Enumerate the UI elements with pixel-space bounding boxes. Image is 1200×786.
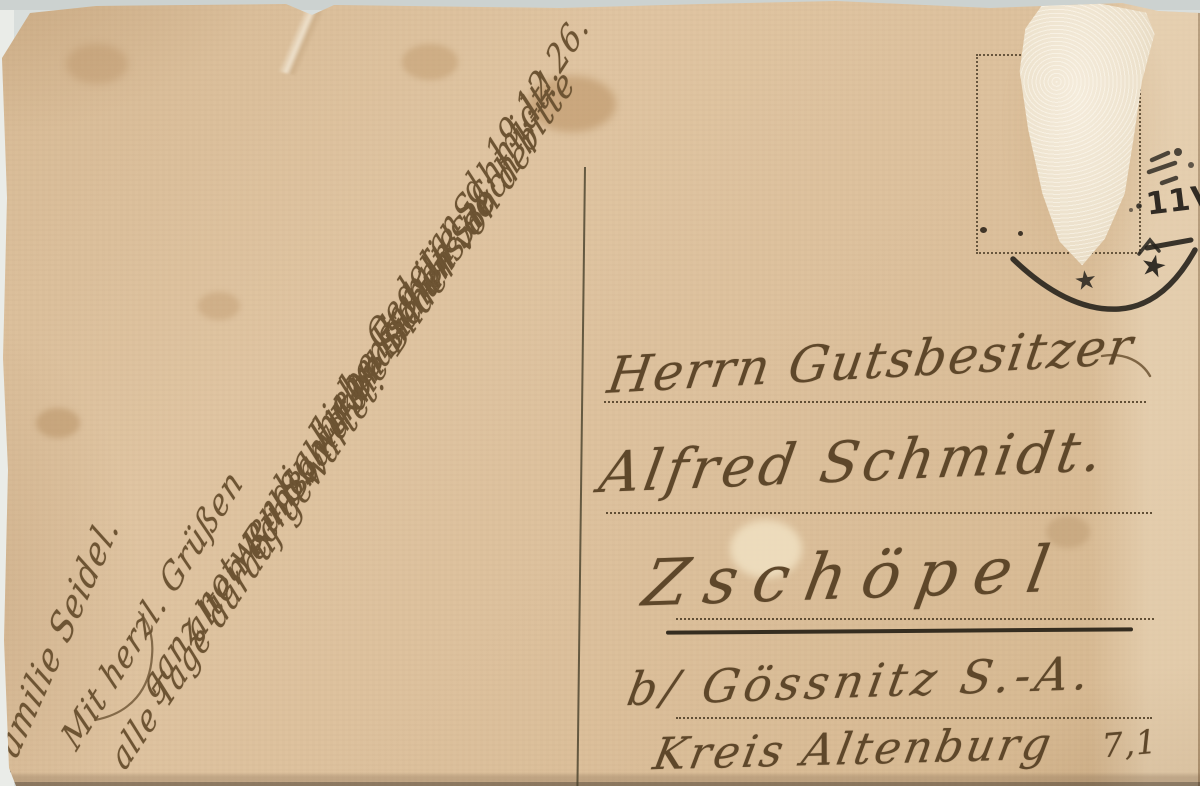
postmark-bar [1147, 240, 1191, 248]
paper-stain [66, 44, 128, 84]
address-place: Zschöpel [638, 532, 1071, 621]
message-line: alle Tage darauf gewartet. [103, 360, 392, 778]
ink-speck [980, 227, 987, 233]
corner-note: 7,1 [1100, 722, 1159, 766]
address-ruled-line [676, 717, 1152, 719]
star-icon: ★ [1072, 267, 1099, 296]
address-ruled-line [606, 512, 1152, 514]
address-post-town: b/ Gössnitz S.-A. [623, 646, 1098, 717]
star-icon: ★ [1137, 250, 1170, 285]
postcard-back: 11V. ★ ★ Herrn Gutsbesitzer Alfred Schmi… [0, 0, 1200, 786]
address-recipient-title: Herrn Gutsbesitzer [604, 317, 1138, 405]
address-ruled-line [676, 618, 1154, 620]
address-ruled-line [604, 401, 1146, 403]
paper-stain [402, 44, 458, 80]
postmark-smudge-dot [1188, 162, 1194, 168]
paper-stain [198, 292, 240, 320]
address-recipient-name: Alfred Schmidt. [595, 419, 1111, 507]
address-underline [666, 627, 1133, 634]
ink-speck [1018, 231, 1023, 236]
address-district: Kreis Altenburg [649, 719, 1058, 781]
scanned-postcard-photo: 11V. ★ ★ Herrn Gutsbesitzer Alfred Schmi… [0, 0, 1200, 786]
paper-crease [277, 0, 328, 79]
divider-line [576, 167, 586, 786]
paper-stain [36, 408, 80, 438]
postmark-smudge-dot [1174, 148, 1182, 156]
